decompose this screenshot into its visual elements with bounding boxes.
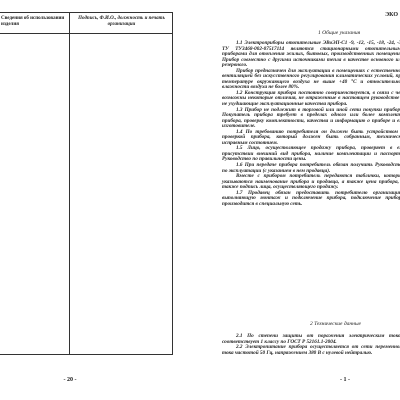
page-number: - 20 - bbox=[40, 377, 100, 383]
table-column-divider bbox=[69, 13, 70, 354]
table-header-signature: Подпись, Ф.И.О., должность и печать орга… bbox=[72, 16, 171, 28]
section-technical-body: 2.1 По степени защиты от поражения элект… bbox=[222, 334, 400, 356]
table-header-divider bbox=[0, 33, 172, 34]
left-page: Сведения об использовании изделия Подпис… bbox=[0, 0, 200, 400]
paragraph: 1.3 Прибор не подлежит в торговой или ин… bbox=[222, 108, 400, 130]
paragraph: Вместе с прибором потребитель передаются… bbox=[222, 174, 400, 191]
paragraph: 1.5 Лицо, осуществляющее продажу прибора… bbox=[222, 146, 400, 163]
table-header-usage-info: Сведения об использовании изделия bbox=[1, 16, 67, 28]
paragraph: Прибор предназначен для эксплуатации в п… bbox=[222, 69, 400, 91]
paragraph: 1.2 Конструкция прибора постоянно соверш… bbox=[222, 91, 400, 108]
corner-label: ЭКО bbox=[385, 12, 398, 18]
section-general-body: 1.1 Электроприборы отопительные ЭВоЭП-С1… bbox=[222, 41, 400, 207]
right-page: ЭКО 1 Общие указания 1.1 Электроприборы … bbox=[200, 0, 400, 400]
paragraph: 1.7 Продавец обязан предоставить потреби… bbox=[222, 191, 400, 208]
paragraph: 2.2 Электропитание прибора осуществляетс… bbox=[222, 345, 400, 356]
page-number: - 1 - bbox=[315, 377, 375, 383]
section-title-technical: 2 Технические данные bbox=[310, 321, 361, 327]
section-title-general: 1 Общие указания bbox=[318, 30, 360, 36]
paragraph: 1.1 Электроприборы отопительные ЭВоЭП-С1… bbox=[222, 41, 400, 69]
paragraph: 1.4 По требованию потребителя он должен … bbox=[222, 130, 400, 147]
usage-records-table: Сведения об использовании изделия Подпис… bbox=[0, 12, 173, 355]
